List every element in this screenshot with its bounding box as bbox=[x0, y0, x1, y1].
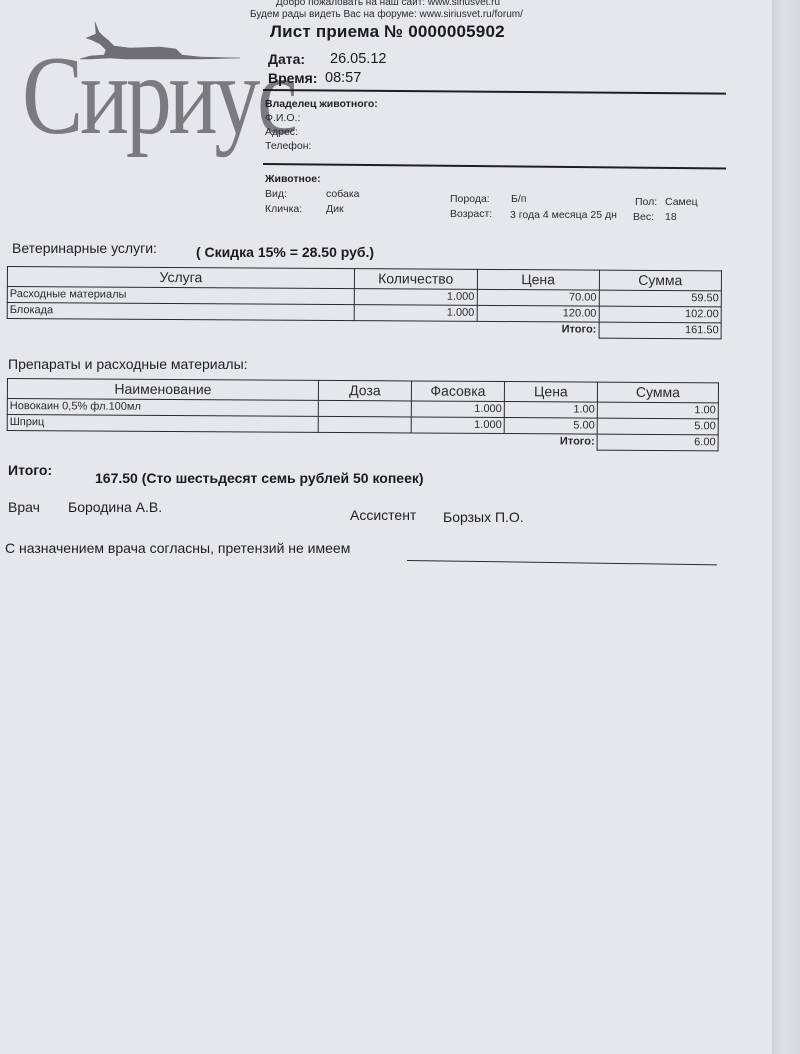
material-pack: 1.000 bbox=[411, 401, 504, 418]
services-total-label: Итого: bbox=[477, 321, 599, 338]
materials-total-label: Итого: bbox=[504, 434, 597, 451]
grand-total-label: Итого: bbox=[8, 462, 52, 478]
col-header-sum: Сумма bbox=[599, 270, 721, 291]
material-price: 5.00 bbox=[504, 418, 597, 435]
col-header-sum: Сумма bbox=[597, 382, 718, 403]
material-sum: 1.00 bbox=[597, 402, 718, 419]
materials-heading: Препараты и расходные материалы: bbox=[8, 356, 248, 372]
time-label: Время: bbox=[268, 70, 317, 86]
doctor-name: Бородина А.В. bbox=[68, 499, 162, 515]
col-header-name: Наименование bbox=[7, 379, 318, 401]
scan-edge bbox=[772, 0, 800, 1054]
breed-label: Порода: bbox=[450, 193, 490, 205]
date-value: 26.05.12 bbox=[330, 51, 386, 67]
services-heading: Ветеринарные услуги: bbox=[12, 240, 157, 256]
materials-table: Наименование Доза Фасовка Цена Сумма Нов… bbox=[7, 378, 719, 451]
table-total-row: Итого: 161.50 bbox=[7, 319, 721, 339]
consent-text: С назначением врача согласны, претензий … bbox=[5, 540, 350, 556]
owner-heading: Владелец животного: bbox=[265, 98, 378, 110]
time-value: 08:57 bbox=[325, 70, 361, 86]
col-header-quantity: Количество bbox=[354, 269, 477, 290]
species-value: собака bbox=[326, 188, 359, 200]
weight-value: 18 bbox=[665, 211, 677, 223]
service-name: Расходные материалы bbox=[7, 287, 354, 305]
material-sum: 5.00 bbox=[597, 418, 718, 435]
signature-line bbox=[407, 560, 717, 565]
material-name: Шприц bbox=[7, 415, 318, 433]
material-name: Новокаин 0,5% фл.100мл bbox=[7, 399, 318, 417]
service-qty: 1.000 bbox=[354, 289, 477, 306]
divider bbox=[263, 89, 726, 95]
col-header-dose: Доза bbox=[318, 380, 411, 401]
owner-name-label: Ф.И.О.: bbox=[265, 112, 300, 124]
assistant-name: Борзых П.О. bbox=[443, 509, 524, 525]
col-header-price: Цена bbox=[477, 269, 599, 290]
weight-label: Вес: bbox=[633, 211, 654, 223]
sex-value: Самец bbox=[665, 196, 698, 208]
col-header-pack: Фасовка bbox=[411, 381, 504, 402]
services-table: Услуга Количество Цена Сумма Расходные м… bbox=[7, 266, 722, 339]
animal-heading: Животное: bbox=[265, 173, 321, 185]
material-dose bbox=[318, 400, 411, 417]
material-price: 1.00 bbox=[504, 402, 597, 419]
pet-name-value: Дик bbox=[326, 203, 344, 215]
owner-phone-label: Телефон: bbox=[265, 140, 311, 152]
discount-note: ( Скидка 15% = 28.50 руб.) bbox=[196, 244, 374, 260]
owner-address-label: Адрес: bbox=[265, 126, 298, 138]
pet-name-label: Кличка: bbox=[265, 203, 302, 215]
material-dose bbox=[318, 416, 411, 433]
materials-total-value: 6.00 bbox=[597, 434, 718, 451]
age-label: Возраст: bbox=[450, 208, 492, 220]
table-total-row: Итого: 6.00 bbox=[7, 431, 718, 451]
col-header-price: Цена bbox=[504, 382, 597, 403]
material-pack: 1.000 bbox=[411, 417, 504, 434]
document-page: Добро пожаловать на наш сайт: www.sirius… bbox=[0, 0, 772, 1054]
service-price: 70.00 bbox=[477, 289, 599, 306]
species-label: Вид: bbox=[265, 188, 287, 200]
service-qty: 1.000 bbox=[354, 305, 477, 322]
service-sum: 59.50 bbox=[599, 290, 721, 307]
date-label: Дата: bbox=[268, 51, 305, 67]
logo-text: Сириус bbox=[22, 40, 294, 152]
divider bbox=[263, 163, 726, 169]
doctor-label: Врач bbox=[8, 499, 40, 515]
breed-value: Б/п bbox=[511, 193, 527, 205]
services-total-value: 161.50 bbox=[599, 322, 721, 339]
assistant-label: Ассистент bbox=[350, 507, 416, 523]
welcome-note: Добро пожаловать на наш сайт: www.sirius… bbox=[276, 0, 500, 8]
forum-note: Будем рады видеть Вас на форуме: www.sir… bbox=[250, 9, 523, 20]
sex-label: Пол: bbox=[635, 196, 657, 208]
page-title: Лист приема № 0000005902 bbox=[270, 22, 505, 42]
col-header-service: Услуга bbox=[7, 267, 354, 289]
grand-total-value: 167.50 (Сто шестьдесят семь рублей 50 ко… bbox=[95, 470, 424, 486]
age-value: 3 года 4 месяца 25 дн bbox=[510, 209, 617, 221]
service-sum: 102.00 bbox=[599, 306, 721, 323]
service-price: 120.00 bbox=[477, 305, 599, 322]
